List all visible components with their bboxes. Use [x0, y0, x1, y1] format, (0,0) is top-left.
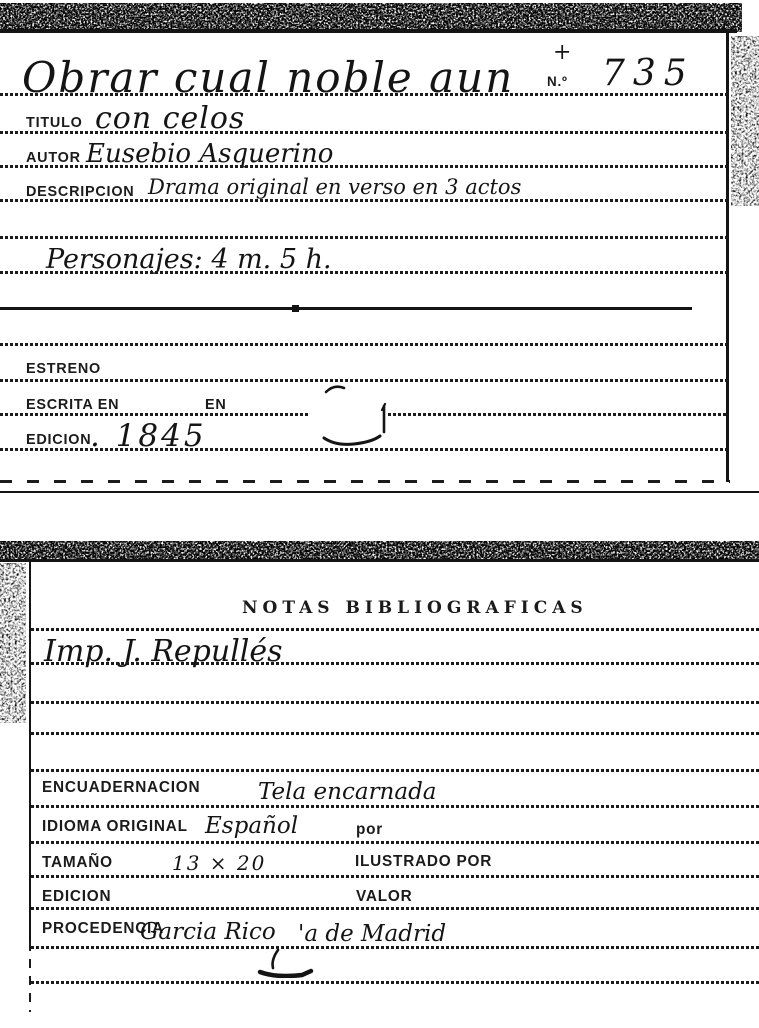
handwritten-number: 735	[602, 56, 695, 92]
ruled-line	[31, 841, 759, 844]
valor-label: VALOR	[356, 889, 412, 905]
scanned-catalog-card-page: Obrar cual noble aun + N.º 735 TITULO co…	[0, 0, 759, 1028]
procedencia-value-part1: Garcia Rico	[140, 921, 276, 944]
ruled-line	[0, 131, 727, 134]
ruled-line	[0, 271, 727, 274]
descripcion-value: Drama original en verso en 3 actos	[148, 177, 521, 198]
autor-label: AUTOR	[26, 150, 81, 165]
scan-speckle-right-margin	[731, 36, 759, 206]
scan-edge-band-card2	[0, 541, 759, 560]
ruled-line	[31, 769, 759, 772]
en-label: EN	[205, 397, 227, 412]
card2-top-edge	[0, 559, 759, 562]
ruled-line	[31, 701, 759, 704]
card2-left-border-dashed	[29, 942, 31, 1012]
ruled-line	[0, 413, 308, 416]
scan-edge-band-top	[0, 3, 742, 32]
ruled-line	[0, 165, 727, 168]
titulo-label: TITULO	[26, 115, 83, 130]
descripcion-label: DESCRIPCION	[26, 184, 134, 199]
idioma-original-value: Español	[205, 815, 298, 838]
ruled-line	[31, 805, 759, 808]
autor-value: Eusebio Asquerino	[86, 141, 333, 167]
ruled-line	[31, 981, 759, 984]
por-label: por	[356, 822, 383, 838]
ruled-line	[0, 343, 727, 346]
ruled-line	[0, 93, 727, 96]
tamano-value: 13 × 20	[172, 853, 266, 873]
titulo-value: con celos	[95, 104, 245, 134]
notas-bibliograficas-header: NOTAS BIBLIOGRAFICAS	[242, 600, 588, 617]
card2-left-border	[29, 562, 31, 942]
card1-bottom-dashed-edge	[0, 480, 730, 483]
card1-bottom-edge	[0, 491, 759, 493]
estreno-label: ESTRENO	[26, 361, 101, 376]
ink-smudge	[248, 948, 318, 978]
card1-top-edge	[0, 29, 737, 33]
encuadernacion-value: Tela encarnada	[258, 781, 437, 804]
idioma-original-label: IDIOMA ORIGINAL	[42, 819, 188, 835]
ruled-line	[31, 946, 759, 949]
escrita-en-label: ESCRITA EN	[26, 397, 119, 412]
procedencia-value-part2: 'a de Madrid	[298, 923, 446, 946]
number-label: N.º	[547, 74, 568, 88]
ruled-line	[0, 236, 727, 239]
ruled-line	[31, 875, 759, 878]
cross-mark: +	[553, 42, 571, 64]
scan-speckle-left-margin	[0, 563, 26, 723]
solid-rule-line	[0, 307, 692, 310]
ruled-line	[0, 199, 727, 202]
ruled-line	[388, 413, 727, 416]
ink-blotch	[292, 305, 299, 312]
ruled-line	[31, 907, 759, 910]
encuadernacion-label: ENCUADERNACION	[42, 780, 200, 796]
ruled-line	[31, 732, 759, 735]
ruled-line	[31, 662, 759, 665]
ruled-line	[31, 628, 759, 631]
edicion2-label: EDICION	[42, 889, 111, 905]
whiteout-blob-strokes	[300, 382, 400, 448]
edicion-label: EDICION	[26, 432, 91, 447]
ilustrado-por-label: ILUSTRADO POR	[355, 854, 492, 870]
personajes-value: Personajes: 4 m. 5 h.	[46, 246, 332, 273]
tamano-label: TAMAÑO	[42, 855, 113, 871]
ruled-line	[0, 448, 727, 451]
